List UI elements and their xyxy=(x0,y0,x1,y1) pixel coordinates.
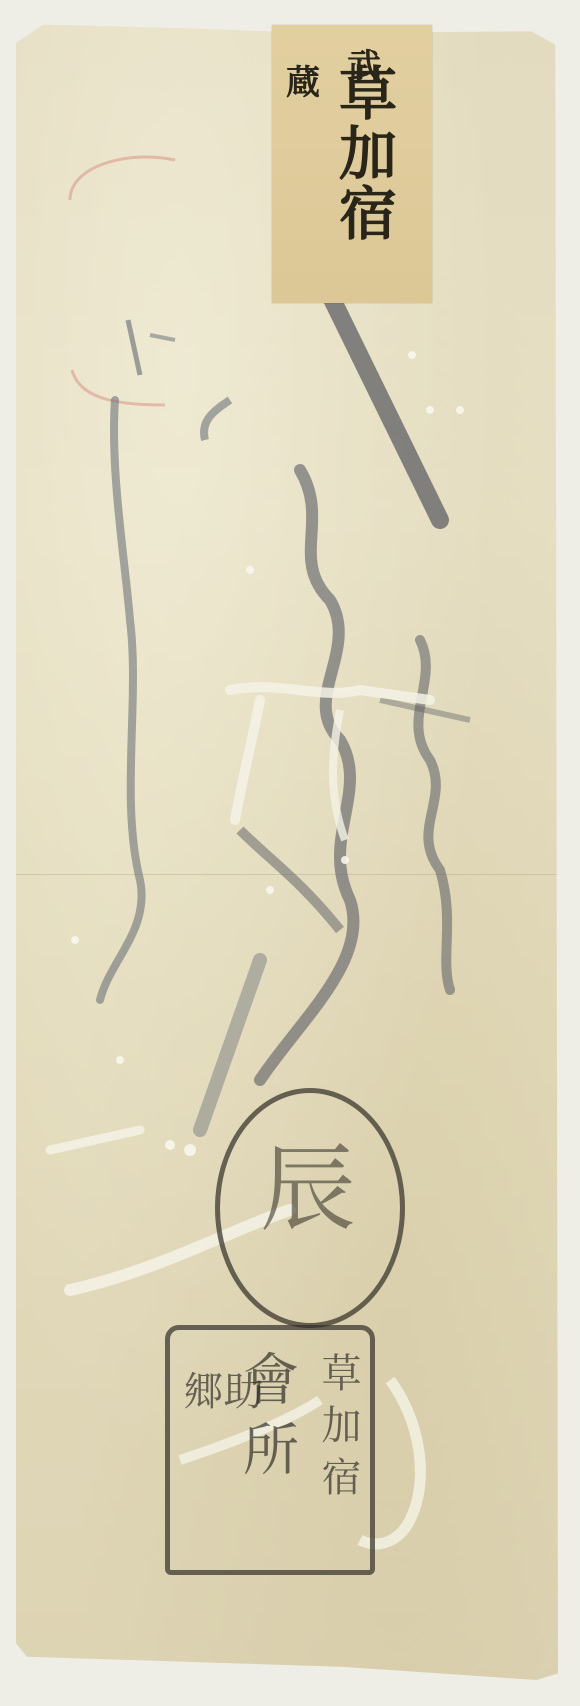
oval-seal-stamp: 辰 xyxy=(215,1088,405,1328)
oval-seal-character: 辰 xyxy=(260,1113,356,1250)
station-name: 草加宿 xyxy=(334,63,392,243)
province-char-2: 蔵 xyxy=(286,55,320,104)
seal-sukego-text: 助郷 xyxy=(180,1370,260,1570)
square-seal-stamp: 草加宿 會所 助郷 xyxy=(165,1325,375,1575)
station-label: 武 蔵 草加宿 xyxy=(272,25,432,303)
seal-station-text: 草加宿 xyxy=(318,1352,358,1508)
